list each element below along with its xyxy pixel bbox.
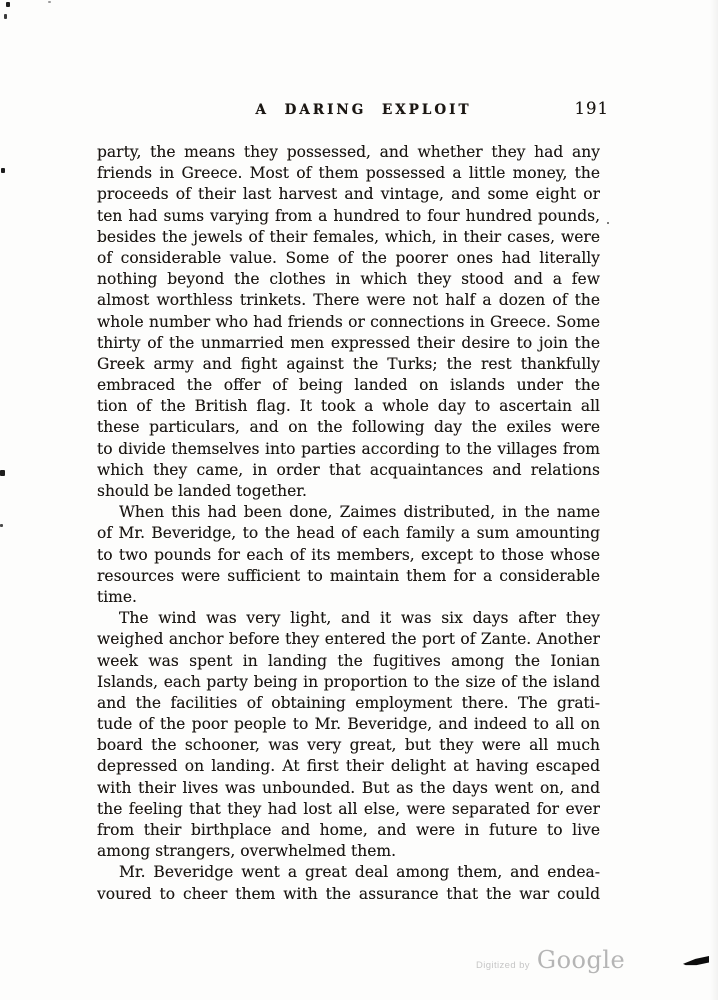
text-line: weighed anchor before they entered the p… xyxy=(97,629,600,650)
page-number: 191 xyxy=(575,99,610,118)
text-line: When this had been done, Zaimes distribu… xyxy=(97,502,600,523)
text-line: these particulars, and on the following … xyxy=(97,417,600,438)
text-line: the feeling that they had lost all else,… xyxy=(97,799,600,820)
ink-speck xyxy=(0,470,5,476)
page-text: party, the means they possessed, and whe… xyxy=(97,142,600,905)
text-line: voured to cheer them with the assurance … xyxy=(97,884,600,905)
text-line: should be landed together. xyxy=(97,481,600,502)
text-line: with their lives was unbounded. But as t… xyxy=(97,778,600,799)
text-line: resources were sufficient to maintain th… xyxy=(97,566,600,587)
text-line: nothing beyond the clothes in which they… xyxy=(97,269,600,290)
text-line: board the schooner, was very great, but … xyxy=(97,735,600,756)
text-line: depressed on landing. At first their del… xyxy=(97,756,600,777)
google-logo: Google xyxy=(537,946,625,974)
text-line: proceeds of their last harvest and vinta… xyxy=(97,184,600,205)
text-line: friends in Greece. Most of them possesse… xyxy=(97,163,600,184)
ink-speck xyxy=(0,524,3,527)
ink-speck xyxy=(48,1,51,3)
text-line: of considerable value. Some of the poore… xyxy=(97,248,600,269)
text-line: Islands, each party being in proportion … xyxy=(97,672,600,693)
text-line: week was spent in landing the fugitives … xyxy=(97,651,600,672)
watermark: Digitized by Google xyxy=(476,946,625,974)
text-line: whole number who had friends or connecti… xyxy=(97,312,600,333)
ink-speck xyxy=(4,14,7,19)
paragraph: When this had been done, Zaimes distribu… xyxy=(97,502,600,608)
text-line: and the facilities of obtaining employme… xyxy=(97,693,600,714)
text-line: tude of the poor people to Mr. Beveridge… xyxy=(97,714,600,735)
chapter-title: A DARING EXPLOIT xyxy=(97,102,600,118)
ink-speck xyxy=(6,2,10,7)
digitized-by-label: Digitized by xyxy=(476,960,530,971)
ink-smudge xyxy=(683,955,709,968)
text-line: ten had sums varying from a hundred to f… xyxy=(97,206,600,227)
text-line: to two pounds for each of its members, e… xyxy=(97,545,600,566)
text-line: almost worthless trinkets. There were no… xyxy=(97,290,600,311)
text-line: embraced the offer of being landed on is… xyxy=(97,375,600,396)
scanned-book-page: A DARING EXPLOIT 191 party, the means th… xyxy=(0,0,718,1000)
text-line: to divide themselves into parties accord… xyxy=(97,439,600,460)
text-line: Mr. Beveridge went a great deal among th… xyxy=(97,862,600,883)
text-line: which they came, in order that acquainta… xyxy=(97,460,600,481)
text-line: tion of the British flag. It took a whol… xyxy=(97,396,600,417)
ink-speck xyxy=(1,168,5,173)
text-line: time. xyxy=(97,587,600,608)
paragraph: The wind was very light, and it was six … xyxy=(97,608,600,862)
paragraph: party, the means they possessed, and whe… xyxy=(97,142,600,502)
text-line: The wind was very light, and it was six … xyxy=(97,608,600,629)
text-line: besides the jewels of their females, whi… xyxy=(97,227,600,248)
text-line: party, the means they possessed, and whe… xyxy=(97,142,600,163)
text-line: of Mr. Beveridge, to the head of each fa… xyxy=(97,523,600,544)
text-line: among strangers, overwhelmed them. xyxy=(97,841,600,862)
running-header: A DARING EXPLOIT 191 xyxy=(97,102,600,124)
text-line: thirty of the unmarried men expressed th… xyxy=(97,333,600,354)
text-line: Greek army and fight against the Turks; … xyxy=(97,354,600,375)
paragraph: Mr. Beveridge went a great deal among th… xyxy=(97,862,600,904)
text-line: from their birthplace and home, and were… xyxy=(97,820,600,841)
ink-speck xyxy=(607,222,609,224)
